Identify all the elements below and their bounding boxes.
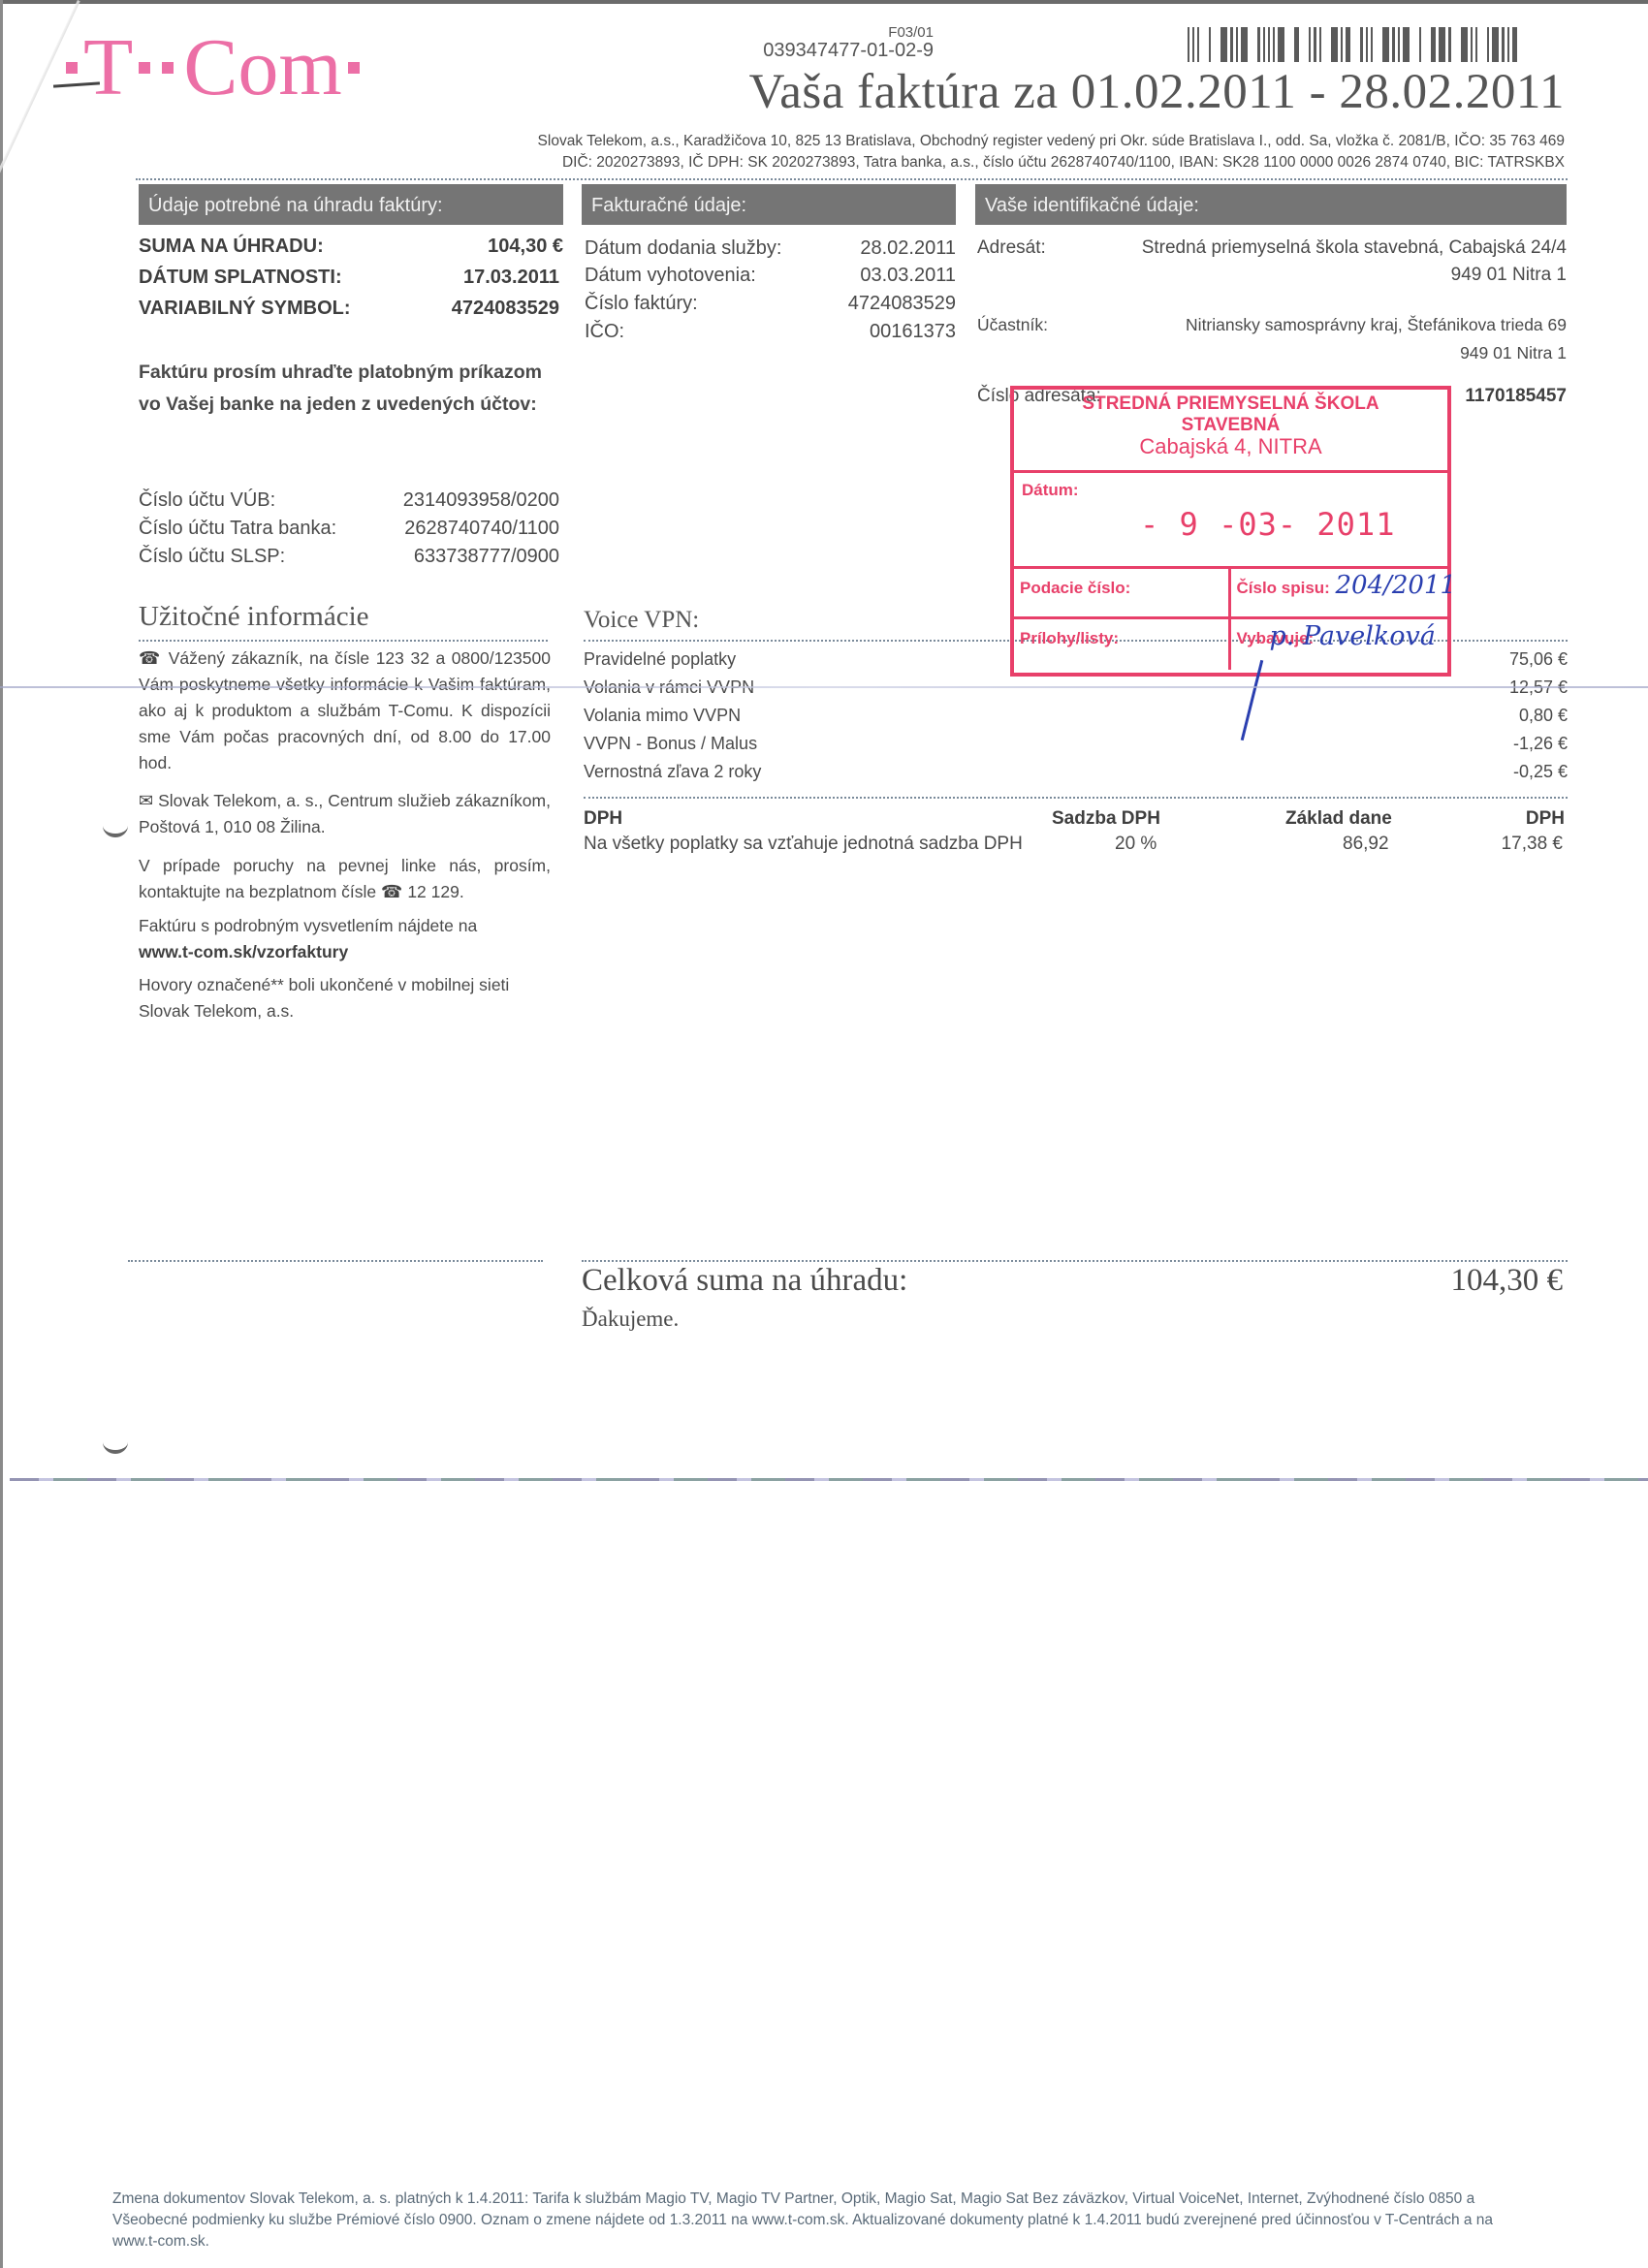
addressee-row: Adresát:Stredná priemyselná škola staveb… [977, 237, 1567, 259]
handwritten-file-number: 204/2011 [1336, 571, 1457, 600]
stamp-date: Dátum: - 9 -03- 2011 [1014, 473, 1447, 569]
total-label: Celková suma na úhradu: [582, 1263, 907, 1299]
stamp-filing-number: Podacie číslo: [1014, 569, 1231, 619]
vat-header-dph: DPH [584, 808, 622, 830]
charge-amount: -1,26 € [1513, 734, 1568, 754]
vat-note: Na všetky poplatky sa vzťahuje jednotná … [584, 834, 1023, 855]
vat-header-rate: Sadzba DPH [1052, 808, 1160, 830]
charge-label: Pravidelné poplatky [584, 649, 736, 670]
handwritten-signature: p. Pavelková [1270, 621, 1436, 651]
vat-rate: 20 % [1115, 834, 1157, 855]
company-info: Slovak Telekom, a.s., Karadžičova 10, 82… [538, 131, 1565, 173]
billing-row: Dátum vyhotovenia:03.03.2011 [585, 265, 956, 287]
scan-edge [0, 0, 1648, 4]
divider [136, 178, 1568, 180]
stamp-header: STREDNÁ PRIEMYSELNÁ ŠKOLA STAVEBNÁ Cabaj… [1014, 390, 1447, 473]
phone-icon: ☎ [139, 648, 162, 668]
divider [584, 797, 1568, 799]
useful-info-address: ✉ Slovak Telekom, a. s., Centrum služieb… [139, 788, 551, 840]
useful-info-contact: ☎ Vážený zákazník, na čísle 123 32 a 080… [139, 646, 551, 776]
envelope-icon: ✉ [139, 791, 153, 810]
sample-invoice-link[interactable]: www.t-com.sk/vzorfaktury [139, 942, 348, 961]
phone-icon: ☎ [381, 882, 402, 901]
addressee-city: 949 01 Nitra 1 [977, 265, 1567, 286]
useful-info-fault: V prípade poruchy na pevnej linke nás, p… [139, 853, 551, 905]
due-date-row: DÁTUM SPLATNOSTI:17.03.2011 [139, 267, 559, 289]
billing-section-header: Fakturačné údaje: [582, 184, 956, 225]
charge-label: Volania mimo VVPN [584, 706, 741, 726]
invoice-title: Vaša faktúra za 01.02.2011 - 28.02.2011 [749, 64, 1565, 120]
charge-label: Vernostná zľava 2 roky [584, 762, 761, 782]
vat-header-base: Základ dane [1285, 808, 1392, 830]
scan-artifact [0, 686, 1648, 688]
useful-info-sample: Faktúru s podrobným vysvetlením nájdete … [139, 913, 551, 965]
payment-amount-row: SUMA NA ÚHRADU:104,30 € [139, 236, 563, 258]
participant-row: Účastník:Nitriansky samosprávny kraj, Št… [977, 315, 1567, 335]
document-number: 039347477-01-02-9 [763, 42, 934, 60]
charge-amount: 75,06 € [1509, 649, 1568, 670]
voice-vpn-heading: Voice VPN: [584, 607, 699, 634]
vat-header-vat: DPH [1526, 808, 1565, 830]
divider [128, 1260, 543, 1262]
variable-symbol-row: VARIABILNÝ SYMBOL:4724083529 [139, 298, 559, 320]
registry-stamp: STREDNÁ PRIEMYSELNÁ ŠKOLA STAVEBNÁ Cabaj… [1010, 386, 1451, 677]
footer-notice: Zmena dokumentov Slovak Telekom, a. s. p… [112, 2189, 1537, 2252]
charge-row: VVPN - Bonus / Malus-1,26 € [584, 734, 1568, 754]
barcode [1188, 27, 1568, 62]
vat-base: 86,92 [1343, 834, 1389, 855]
total-amount: 104,30 € [1451, 1263, 1564, 1299]
thanks-text: Ďakujeme. [582, 1307, 679, 1332]
charge-amount: 0,80 € [1519, 706, 1568, 726]
vat-amount: 17,38 € [1502, 834, 1563, 855]
account-row: Číslo účtu SLSP:633738777/0900 [139, 546, 559, 568]
billing-row: IČO:00161373 [585, 321, 956, 343]
charge-amount: -0,25 € [1513, 762, 1568, 782]
document-code: F03/01 039347477-01-02-9 [763, 23, 934, 60]
staple-mark [103, 814, 128, 837]
stamp-file-number: Číslo spisu: 204/2011 [1231, 569, 1448, 619]
payment-section-header: Údaje potrebné na úhradu faktúry: [139, 184, 563, 225]
stamp-handler: Vybavuje: p. Pavelková [1231, 619, 1448, 670]
billing-row: Číslo faktúry:4724083529 [585, 293, 956, 315]
useful-info-mobile-note: Hovory označené** boli ukončené v mobiln… [139, 972, 551, 1024]
t-com-logo: T Com [60, 19, 365, 116]
charge-row: Vernostná zľava 2 roky-0,25 € [584, 762, 1568, 782]
divider [582, 1260, 1568, 1262]
divider [139, 640, 548, 642]
participant-city: 949 01 Nitra 1 [977, 343, 1567, 363]
scan-edge [0, 0, 3, 2268]
staple-mark [103, 1431, 128, 1454]
useful-info-heading: Užitočné informácie [139, 601, 369, 633]
payment-instruction: Faktúru prosím uhraďte platobným príkazo… [139, 357, 565, 421]
account-row: Číslo účtu Tatra banka:2628740740/1100 [139, 518, 559, 540]
stamp-attachments: Prílohy/listy: [1014, 619, 1231, 670]
account-row: Číslo účtu VÚB:2314093958/0200 [139, 489, 559, 512]
identification-section-header: Vaše identifikačné údaje: [975, 184, 1567, 225]
charge-row: Volania mimo VVPN0,80 € [584, 706, 1568, 726]
billing-row: Dátum dodania služby:28.02.2011 [585, 237, 956, 260]
charge-label: VVPN - Bonus / Malus [584, 734, 757, 754]
perforation-line [10, 1478, 1648, 1481]
